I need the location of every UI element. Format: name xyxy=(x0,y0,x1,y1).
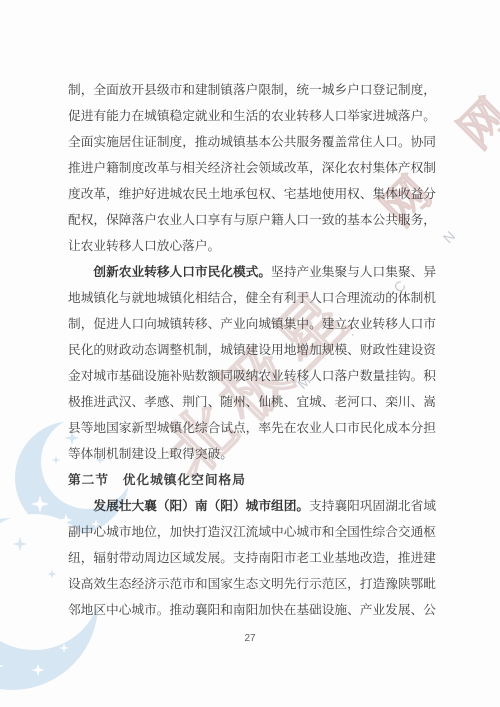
paragraph: 创新农业转移人口市民化模式。坚持产业集聚与人口集聚、异地城镇化与就地城镇化相结合… xyxy=(68,259,436,467)
paragraph-text: 制，全面放开县级市和建制镇落户限制，统一城乡户口登记制度，促进有能力在城镇稳定就… xyxy=(68,83,436,253)
document-page: 北极星 网 网 M · C N 制，全面放开县 xyxy=(0,0,500,707)
section-heading: 第二节 优化城镇化空间格局 xyxy=(68,467,436,493)
paragraph-text: 坚持产业集聚与人口集聚、异地城镇化与就地城镇化相结合，健全有利于人口合理流动的体… xyxy=(68,265,436,461)
paragraph-lead: 发展壮大襄（阳）南（阳）城市组团。 xyxy=(93,499,309,513)
paragraph-text: 支持襄阳巩固湖北省域副中心城市地位，加快打造汉江流域中心城市和全国性综合交通枢纽… xyxy=(68,499,436,617)
paragraph-lead: 创新农业转移人口市民化模式。 xyxy=(93,265,271,279)
paragraph-continued: 制，全面放开县级市和建制镇落户限制，统一城乡户口登记制度，促进有能力在城镇稳定就… xyxy=(68,77,436,259)
text-block: 制，全面放开县级市和建制镇落户限制，统一城乡户口登记制度，促进有能力在城镇稳定就… xyxy=(68,77,436,623)
page-number: 27 xyxy=(0,633,500,644)
paragraph: 发展壮大襄（阳）南（阳）城市组团。支持襄阳巩固湖北省域副中心城市地位，加快打造汉… xyxy=(68,493,436,623)
